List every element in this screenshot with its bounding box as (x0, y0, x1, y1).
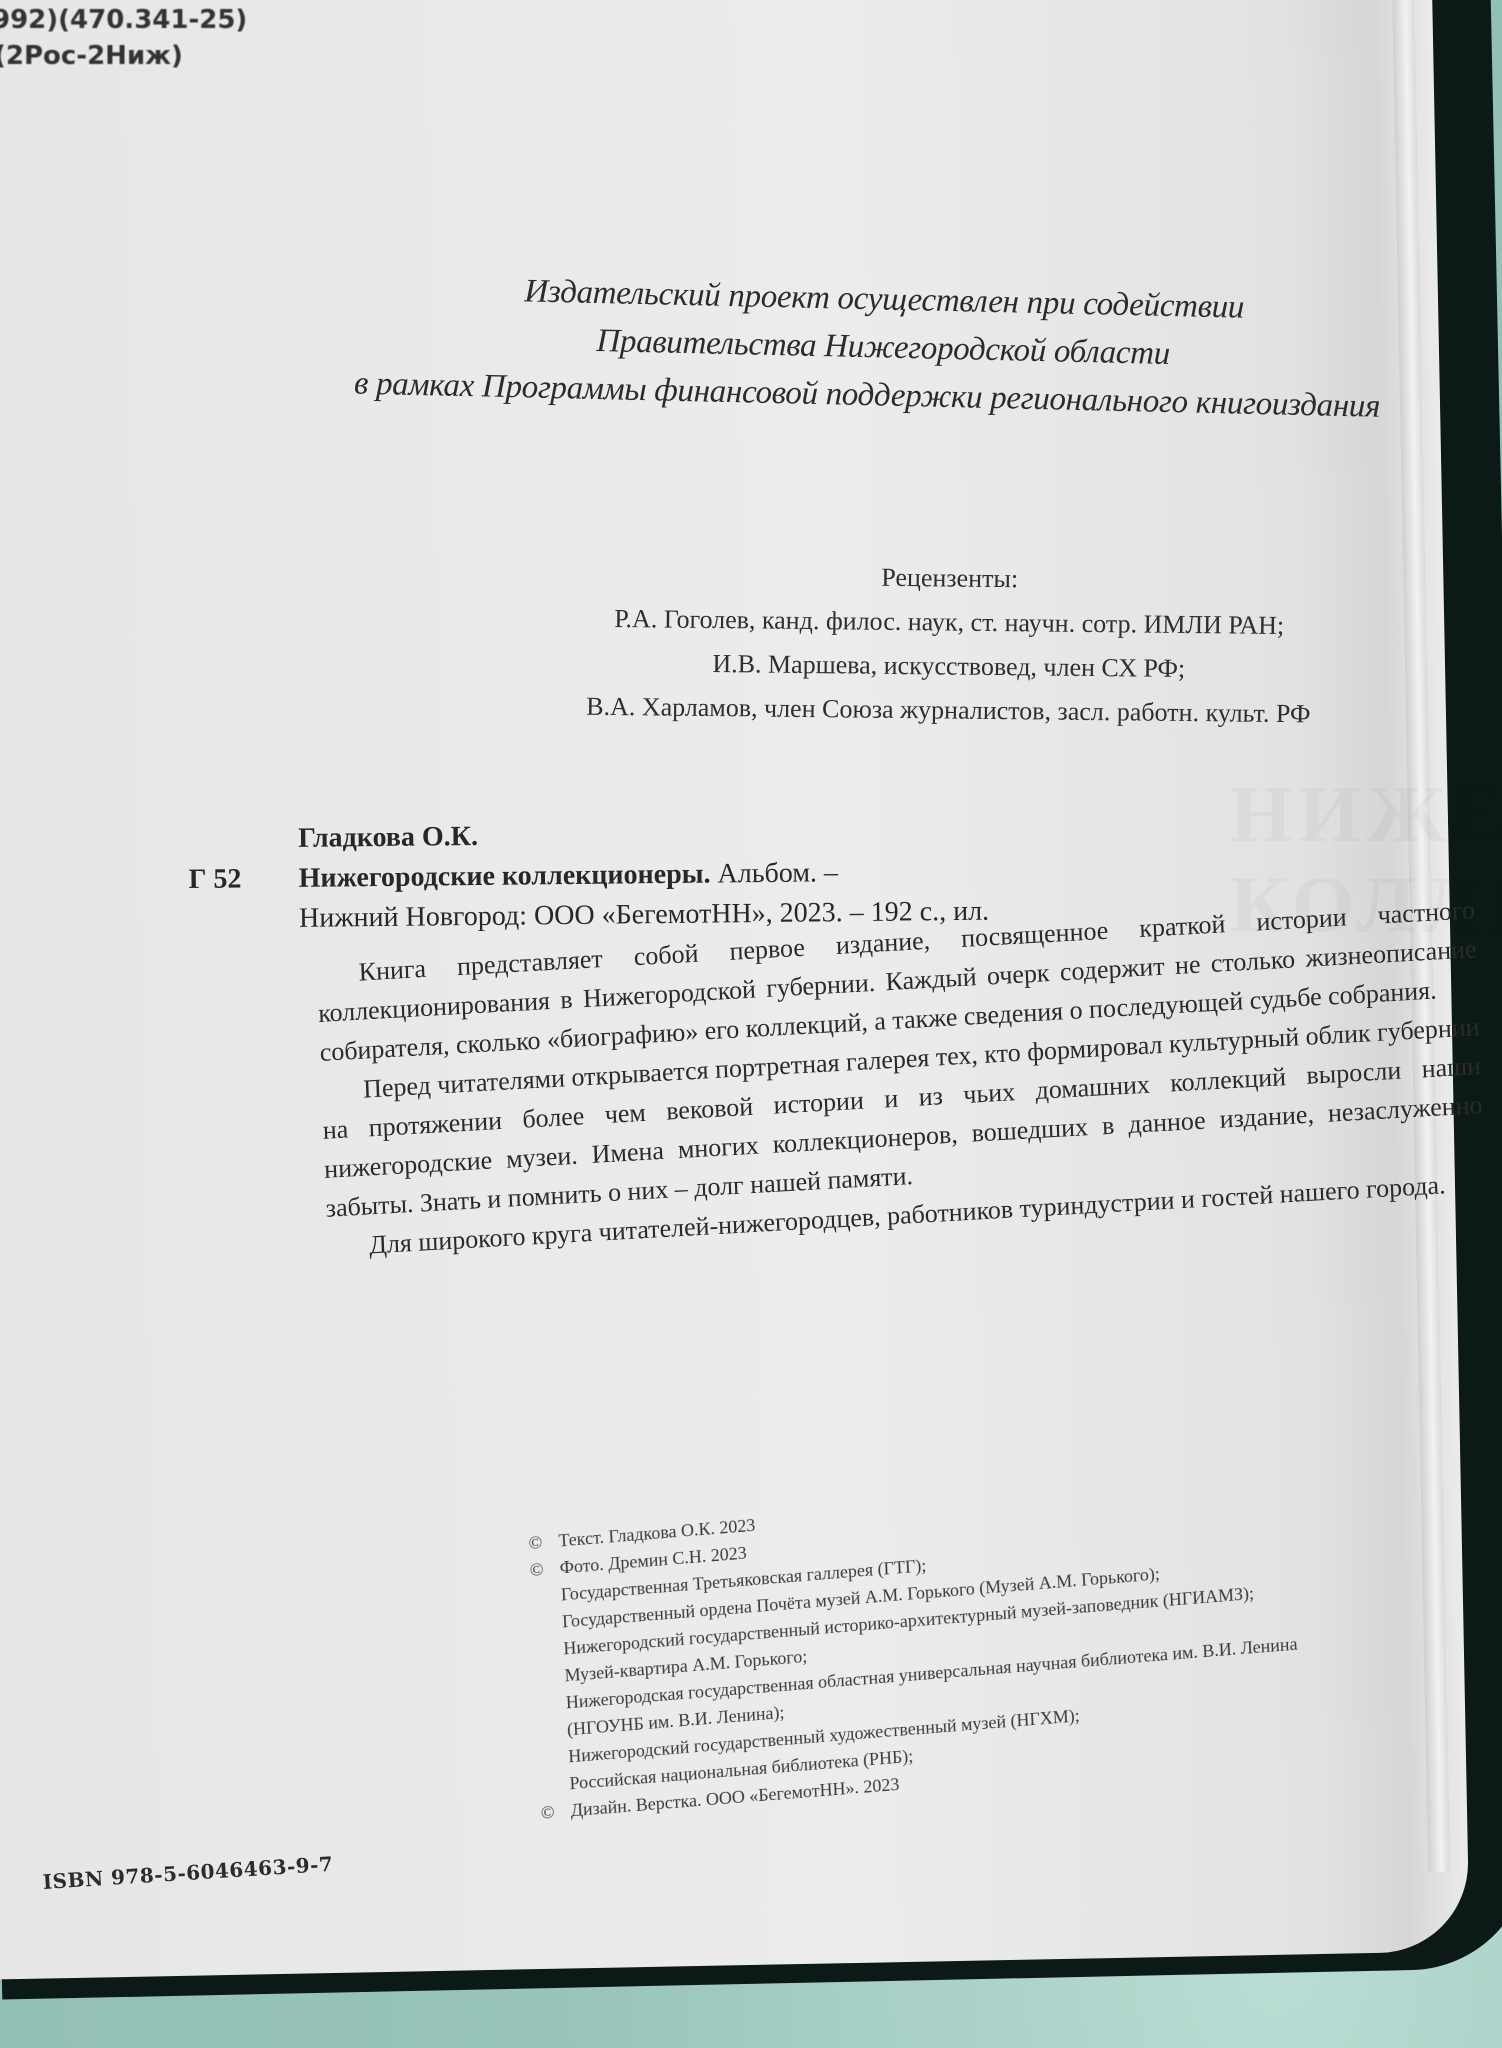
copyright-block: ©Текст. Гладкова О.К. 2023 ©Фото. Дремин… (528, 1461, 1399, 1827)
copyright-icon: © (540, 1797, 571, 1826)
title-type: Альбом. – (710, 857, 838, 889)
book-title: Нижегородские коллекционеры. Альбом. – (298, 853, 838, 899)
bibliographic-record: Гладкова О.К. Г 52 Нижегородские коллекц… (188, 812, 989, 940)
page-content: НИЖЕГОРОДСКИЕКОЛЛЕКЦИОНЕРЫ 992)(470.341-… (0, 0, 1502, 2048)
copyright-icon: © (529, 1555, 560, 1584)
udk-code: (2Рос-2Ниж) (0, 38, 247, 74)
bbk-code: 992)(470.341-25) (0, 2, 247, 38)
copyright-icon: © (528, 1528, 559, 1557)
annotation: Книга представляет собой первое издание,… (316, 890, 1486, 1267)
reviewers-block: Рецензенты: Р.А. Гоголев, канд. филос. н… (518, 552, 1380, 737)
isbn: ISBN 978-5-6046463-9-7 (42, 1852, 334, 1894)
reviewer: Р.А. Гоголев, канд. филос. наук, ст. нау… (519, 596, 1379, 649)
title-main: Нижегородские коллекционеры. (298, 859, 710, 894)
classification-codes: 992)(470.341-25) (2Рос-2Ниж) (0, 2, 247, 74)
author-sign: Г 52 (188, 859, 298, 900)
sponsor-note: Издательский проект осуществлен при соде… (287, 262, 1480, 433)
reviewer: В.А. Харламов, член Союза журналистов, з… (518, 684, 1378, 737)
